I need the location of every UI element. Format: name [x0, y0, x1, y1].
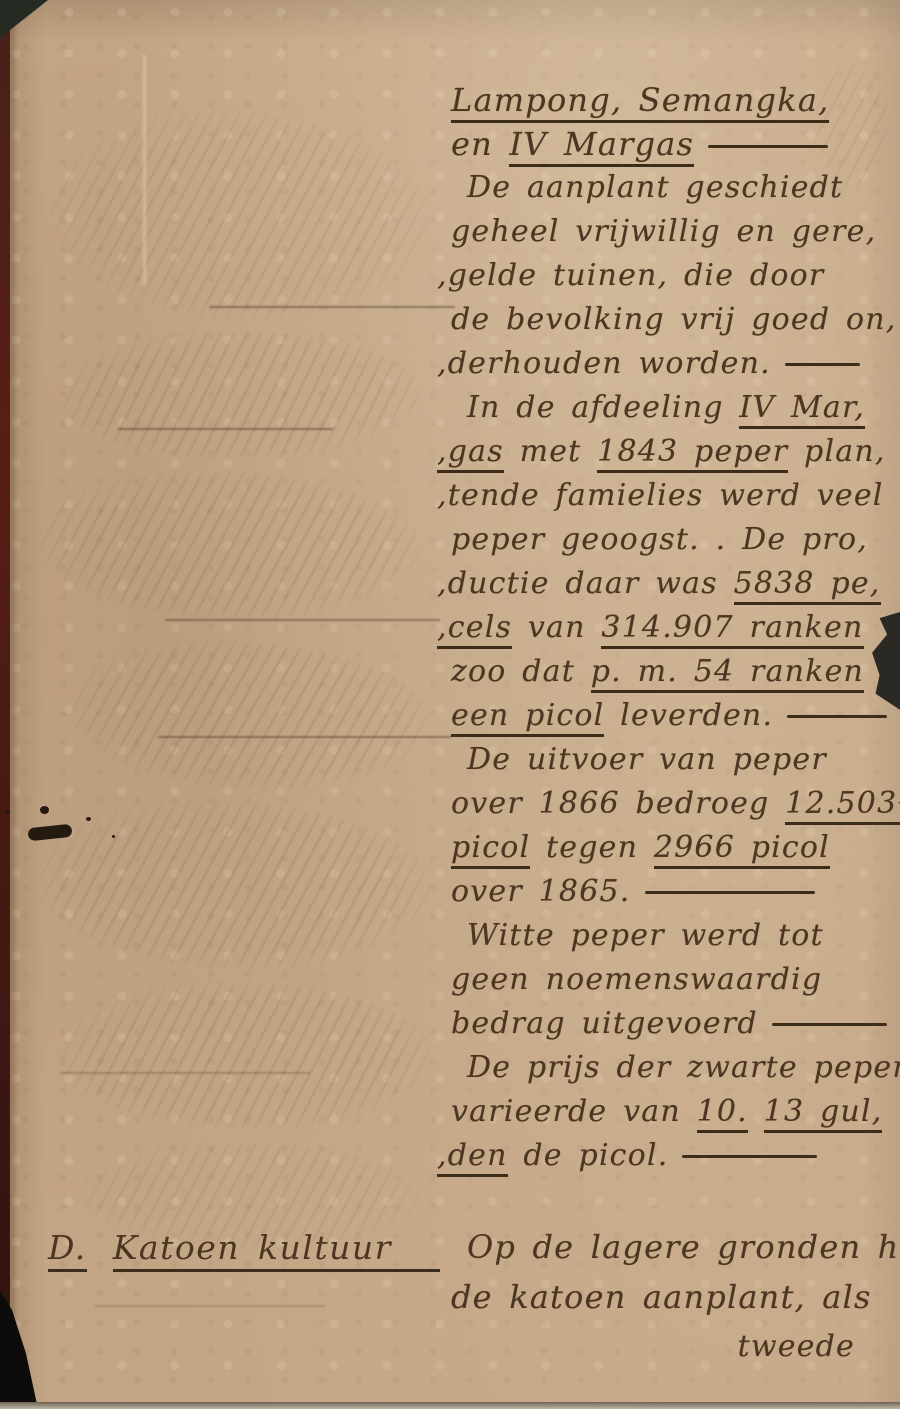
text-segment: 10.: [697, 1094, 748, 1133]
text-segment: ,cels: [437, 610, 512, 649]
ghost-underline: [60, 1072, 310, 1074]
text-segment: bedrag uitgevoerd: [451, 1006, 758, 1041]
bleed-through-marks: [40, 470, 420, 620]
text-segment: en: [451, 125, 509, 163]
manuscript-line: Op de lagere gronden heeft: [437, 1222, 897, 1272]
ghost-underline: [210, 306, 455, 308]
text-segment: van: [512, 610, 601, 645]
text-segment: IV Margas: [509, 125, 694, 167]
flourish-rule: [708, 145, 828, 148]
manuscript-page: Lampong, Semangka,en IV MargasDe aanplan…: [0, 0, 900, 1409]
manuscript-line: de katoen aanplant, als: [437, 1272, 897, 1322]
bleed-through-marks: [40, 800, 430, 970]
corner-shadow-bottom-left: [0, 1291, 40, 1409]
manuscript-line: ,gelde tuinen, die door: [437, 254, 897, 298]
text-segment: ,ductie daar was: [437, 566, 734, 601]
text-segment: 1843 peper: [597, 434, 788, 473]
manuscript-line: geheel vrijwillig en gere,: [437, 210, 897, 254]
text-segment: p. m. 54 ranken: [591, 654, 864, 693]
text-segment: leverden.: [604, 698, 773, 733]
manuscript-line: ,derhouden worden.: [437, 342, 897, 386]
manuscript-line: varieerde van 10. 13 gul,: [437, 1090, 897, 1134]
text-segment: De uitvoer van peper: [467, 742, 827, 777]
manuscript-line: een picol leverden.: [437, 694, 897, 738]
text-segment: geheel vrijwillig en gere,: [451, 214, 876, 249]
manuscript-footer: Op de lagere gronden heeftde katoen aanp…: [437, 1222, 897, 1372]
flourish-rule: [682, 1155, 817, 1158]
manuscript-line: picol tegen 2966 picol: [437, 826, 897, 870]
manuscript-line: ,ductie daar was 5838 pe,: [437, 562, 897, 606]
manuscript-line: zoo dat p. m. 54 ranken: [437, 650, 897, 694]
text-segment: Lampong, Semangka,: [451, 81, 829, 123]
text-segment: de picol.: [508, 1138, 669, 1173]
bleed-through-marks: [68, 635, 432, 794]
text-segment: de katoen aanplant, als: [451, 1278, 872, 1316]
text-segment: De prijs der zwarte peper: [467, 1050, 900, 1085]
text-segment: met: [504, 434, 597, 469]
ghost-underline: [158, 736, 451, 738]
manuscript-line: geen noemenswaardig: [437, 958, 897, 1002]
text-segment: De aanplant geschiedt: [467, 170, 843, 205]
bleed-through-marks: [50, 110, 430, 320]
manuscript-line: ,den de picol.: [437, 1134, 897, 1178]
flourish-rule: [787, 715, 887, 718]
text-segment: Witte peper werd tot: [467, 918, 824, 953]
text-segment: over 1865.: [451, 874, 631, 909]
text-segment: IV Mar,: [739, 390, 865, 429]
text-segment: zoo dat: [451, 654, 591, 689]
flourish-rule: [645, 891, 815, 894]
text-segment: ,tende famielies werd veel: [437, 478, 884, 513]
manuscript-line: In de afdeeling IV Mar,: [437, 386, 897, 430]
manuscript-line: ,cels van 314.907 ranken: [437, 606, 897, 650]
manuscript-line: Witte peper werd tot: [437, 914, 897, 958]
manuscript-line: bedrag uitgevoerd: [437, 1002, 897, 1046]
text-segment: de bevolking vrij goed on,: [451, 302, 897, 337]
text-segment: varieerde van: [451, 1094, 697, 1129]
paper-fold-streak: [143, 55, 146, 285]
text-segment: In de afdeeling: [467, 390, 739, 425]
manuscript-line: ,tende famielies werd veel: [437, 474, 897, 518]
manuscript-line: De uitvoer van peper: [437, 738, 897, 782]
bleed-through-marks: [59, 977, 432, 1133]
ghost-underline: [118, 428, 333, 430]
text-segment: over 1866 bedroeg: [451, 786, 785, 821]
scan-bottom-edge: [0, 1402, 900, 1409]
ghost-underline: [95, 1305, 325, 1307]
text-segment: 2966 picol: [654, 830, 830, 869]
text-segment: tegen: [530, 830, 654, 865]
ghost-underline: [165, 619, 440, 621]
text-segment: tweede: [738, 1329, 855, 1364]
text-segment: 13 gul,: [764, 1094, 883, 1133]
ink-blot-dot: [40, 806, 49, 814]
manuscript-line: en IV Margas: [437, 122, 897, 166]
flourish-rule: [785, 363, 860, 366]
text-segment: geen noemenswaardig: [451, 962, 822, 997]
text-segment: 314.907 ranken: [601, 610, 863, 649]
text-segment: Op de lagere gronden heeft: [467, 1228, 900, 1266]
ink-blot-dot: [86, 817, 91, 821]
manuscript-line: Lampong, Semangka,: [437, 78, 897, 122]
manuscript-line: peper geoogst. . De pro,: [437, 518, 897, 562]
text-segment: een picol: [451, 698, 604, 737]
corner-shadow-top-left: [0, 0, 48, 38]
text-segment: ,derhouden worden.: [437, 346, 771, 381]
text-segment: picol: [451, 830, 530, 869]
binding-shadow: [10, 0, 18, 1409]
bleed-through-marks: [58, 324, 422, 466]
manuscript-line: over 1866 bedroeg 12.503½: [437, 782, 897, 826]
manuscript-line: over 1865.: [437, 870, 897, 914]
binding-edge: [0, 0, 10, 1409]
text-segment: plan,: [788, 434, 885, 469]
manuscript-line: De aanplant geschiedt: [437, 166, 897, 210]
text-segment: ,gas: [437, 434, 504, 473]
section-title: Katoen kultuur: [113, 1228, 440, 1272]
ink-blot-dot: [112, 835, 115, 838]
text-segment: peper geoogst. . De pro,: [451, 522, 868, 557]
manuscript-line: De prijs der zwarte peper: [437, 1046, 897, 1090]
manuscript-body: Lampong, Semangka,en IV MargasDe aanplan…: [437, 78, 897, 1178]
ink-blot-dot: [6, 810, 10, 814]
manuscript-line: tweede: [437, 1322, 897, 1372]
text-segment: ,den: [437, 1138, 508, 1177]
text-segment: 5838 pe,: [734, 566, 881, 605]
margin-section-label: D.Katoen kultuur: [48, 1228, 440, 1267]
manuscript-line: de bevolking vrij goed on,: [437, 298, 897, 342]
text-segment: ,gelde tuinen, die door: [437, 258, 824, 293]
text-segment: 12.503½: [785, 786, 900, 825]
manuscript-line: ,gas met 1843 peper plan,: [437, 430, 897, 474]
flourish-rule: [772, 1023, 887, 1026]
section-letter: D.: [48, 1228, 87, 1272]
text-segment: [748, 1094, 764, 1129]
